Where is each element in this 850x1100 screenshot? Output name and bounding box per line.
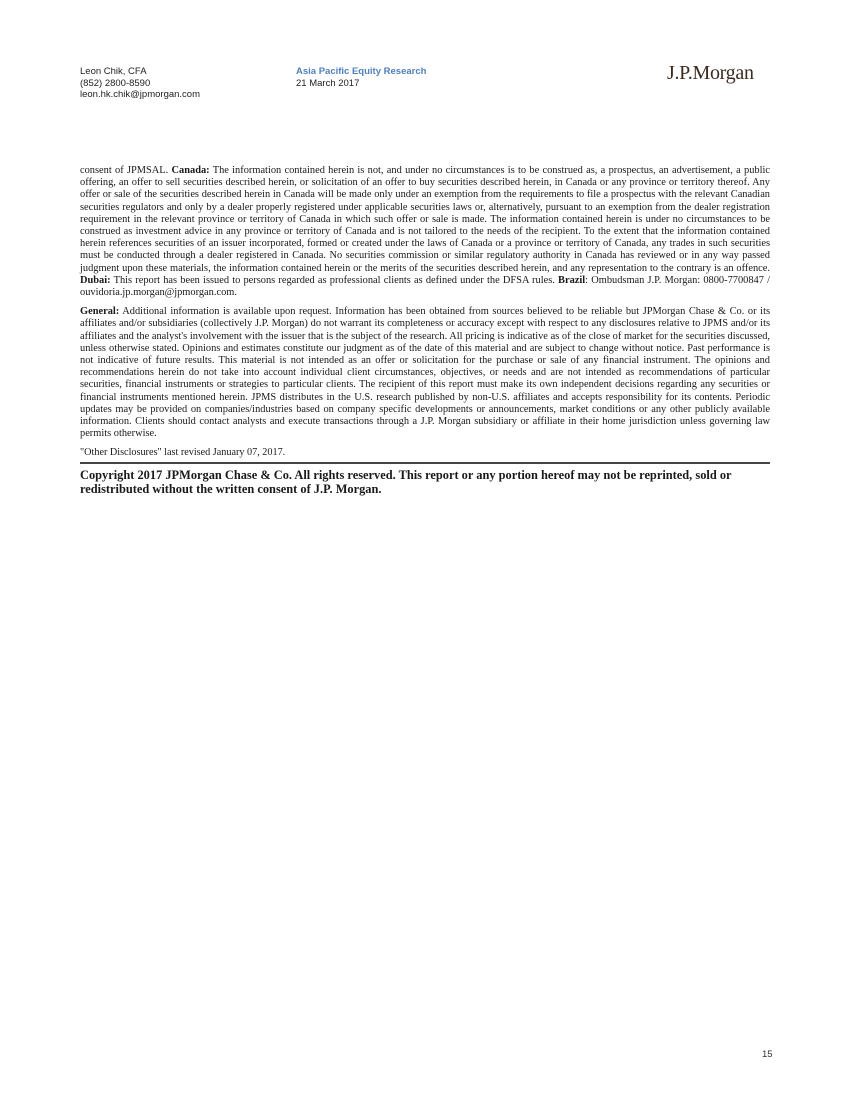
canada-label: Canada: xyxy=(172,165,210,176)
general-label: General: xyxy=(80,306,119,317)
general-disclosures-paragraph: General: Additional information is avail… xyxy=(80,306,770,440)
analyst-phone: (852) 2800-8590 xyxy=(80,78,200,90)
research-section: Asia Pacific Equity Research xyxy=(296,66,426,78)
canada-text: The information contained herein is not,… xyxy=(80,165,770,274)
divider xyxy=(80,462,770,464)
dubai-text: This report has been issued to persons r… xyxy=(111,275,558,286)
dubai-label: Dubai: xyxy=(80,275,111,286)
analyst-name: Leon Chik, CFA xyxy=(80,66,200,78)
analyst-contact: Leon Chik, CFA (852) 2800-8590 leon.hk.c… xyxy=(80,66,200,101)
regional-disclosures-paragraph: consent of JPMSAL. Canada: The informati… xyxy=(80,165,770,299)
disclosures-body: consent of JPMSAL. Canada: The informati… xyxy=(80,165,770,496)
intro-text: consent of JPMSAL. xyxy=(80,165,172,176)
page-number: 15 xyxy=(762,1049,773,1060)
jpmorgan-logo: J.P.Morgan xyxy=(667,62,754,85)
general-text: Additional information is available upon… xyxy=(80,306,770,439)
analyst-email: leon.hk.chik@jpmorgan.com xyxy=(80,89,200,101)
revision-note: "Other Disclosures" last revised January… xyxy=(80,447,770,459)
report-date: 21 March 2017 xyxy=(296,78,426,90)
brazil-label: Brazil xyxy=(558,275,585,286)
report-meta: Asia Pacific Equity Research 21 March 20… xyxy=(296,66,426,89)
copyright-notice: Copyright 2017 JPMorgan Chase & Co. All … xyxy=(80,468,770,496)
